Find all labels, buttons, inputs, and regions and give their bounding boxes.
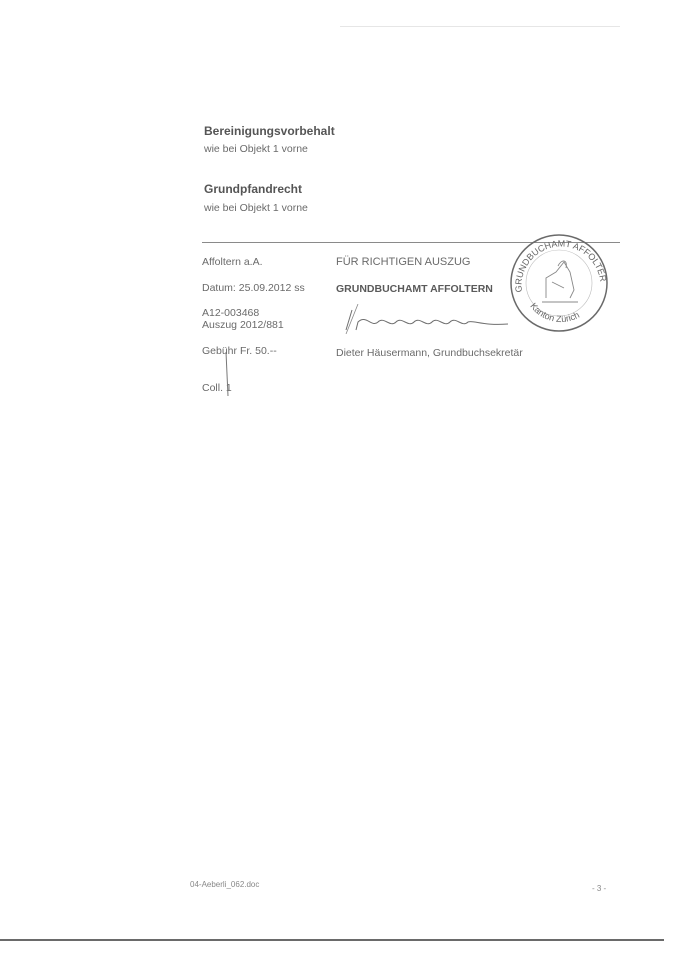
official-stamp-icon: GRUNDBUCHAMT AFFOLTERN Kanton Zürich xyxy=(508,232,610,334)
handwritten-mark-icon xyxy=(220,350,232,400)
scan-artifact-line xyxy=(340,26,620,27)
bottom-edge-line xyxy=(0,939,664,941)
fee: Gebühr Fr. 50.-- xyxy=(202,345,277,357)
section-text-grundpfandrecht: wie bei Objekt 1 vorne xyxy=(204,202,308,214)
reference-number: A12-003468 xyxy=(202,307,259,319)
footer-page-number: - 3 - xyxy=(592,884,606,893)
office-name: GRUNDBUCHAMT AFFOLTERN xyxy=(336,283,493,295)
place: Affoltern a.A. xyxy=(202,256,263,268)
date: Datum: 25.09.2012 ss xyxy=(202,282,305,294)
section-heading-grundpfandrecht: Grundpfandrecht xyxy=(204,182,302,196)
svg-text:Kanton Zürich: Kanton Zürich xyxy=(528,301,581,324)
footer-filename: 04-Aeberli_062.doc xyxy=(190,880,259,889)
signatory: Dieter Häusermann, Grundbuchsekretär xyxy=(336,347,523,359)
section-text-bereinigungsvorbehalt: wie bei Objekt 1 vorne xyxy=(204,143,308,155)
svg-text:GRUNDBUCHAMT AFFOLTERN: GRUNDBUCHAMT AFFOLTERN xyxy=(508,232,608,293)
stamp-bottom-text: Kanton Zürich xyxy=(528,301,581,324)
extract-number: Auszug 2012/881 xyxy=(202,319,284,331)
signature-icon xyxy=(338,304,518,334)
section-heading-bereinigungsvorbehalt: Bereinigungsvorbehalt xyxy=(204,124,335,138)
certification-text: FÜR RICHTIGEN AUSZUG xyxy=(336,256,470,268)
stamp-top-text: GRUNDBUCHAMT AFFOLTERN xyxy=(508,232,608,293)
